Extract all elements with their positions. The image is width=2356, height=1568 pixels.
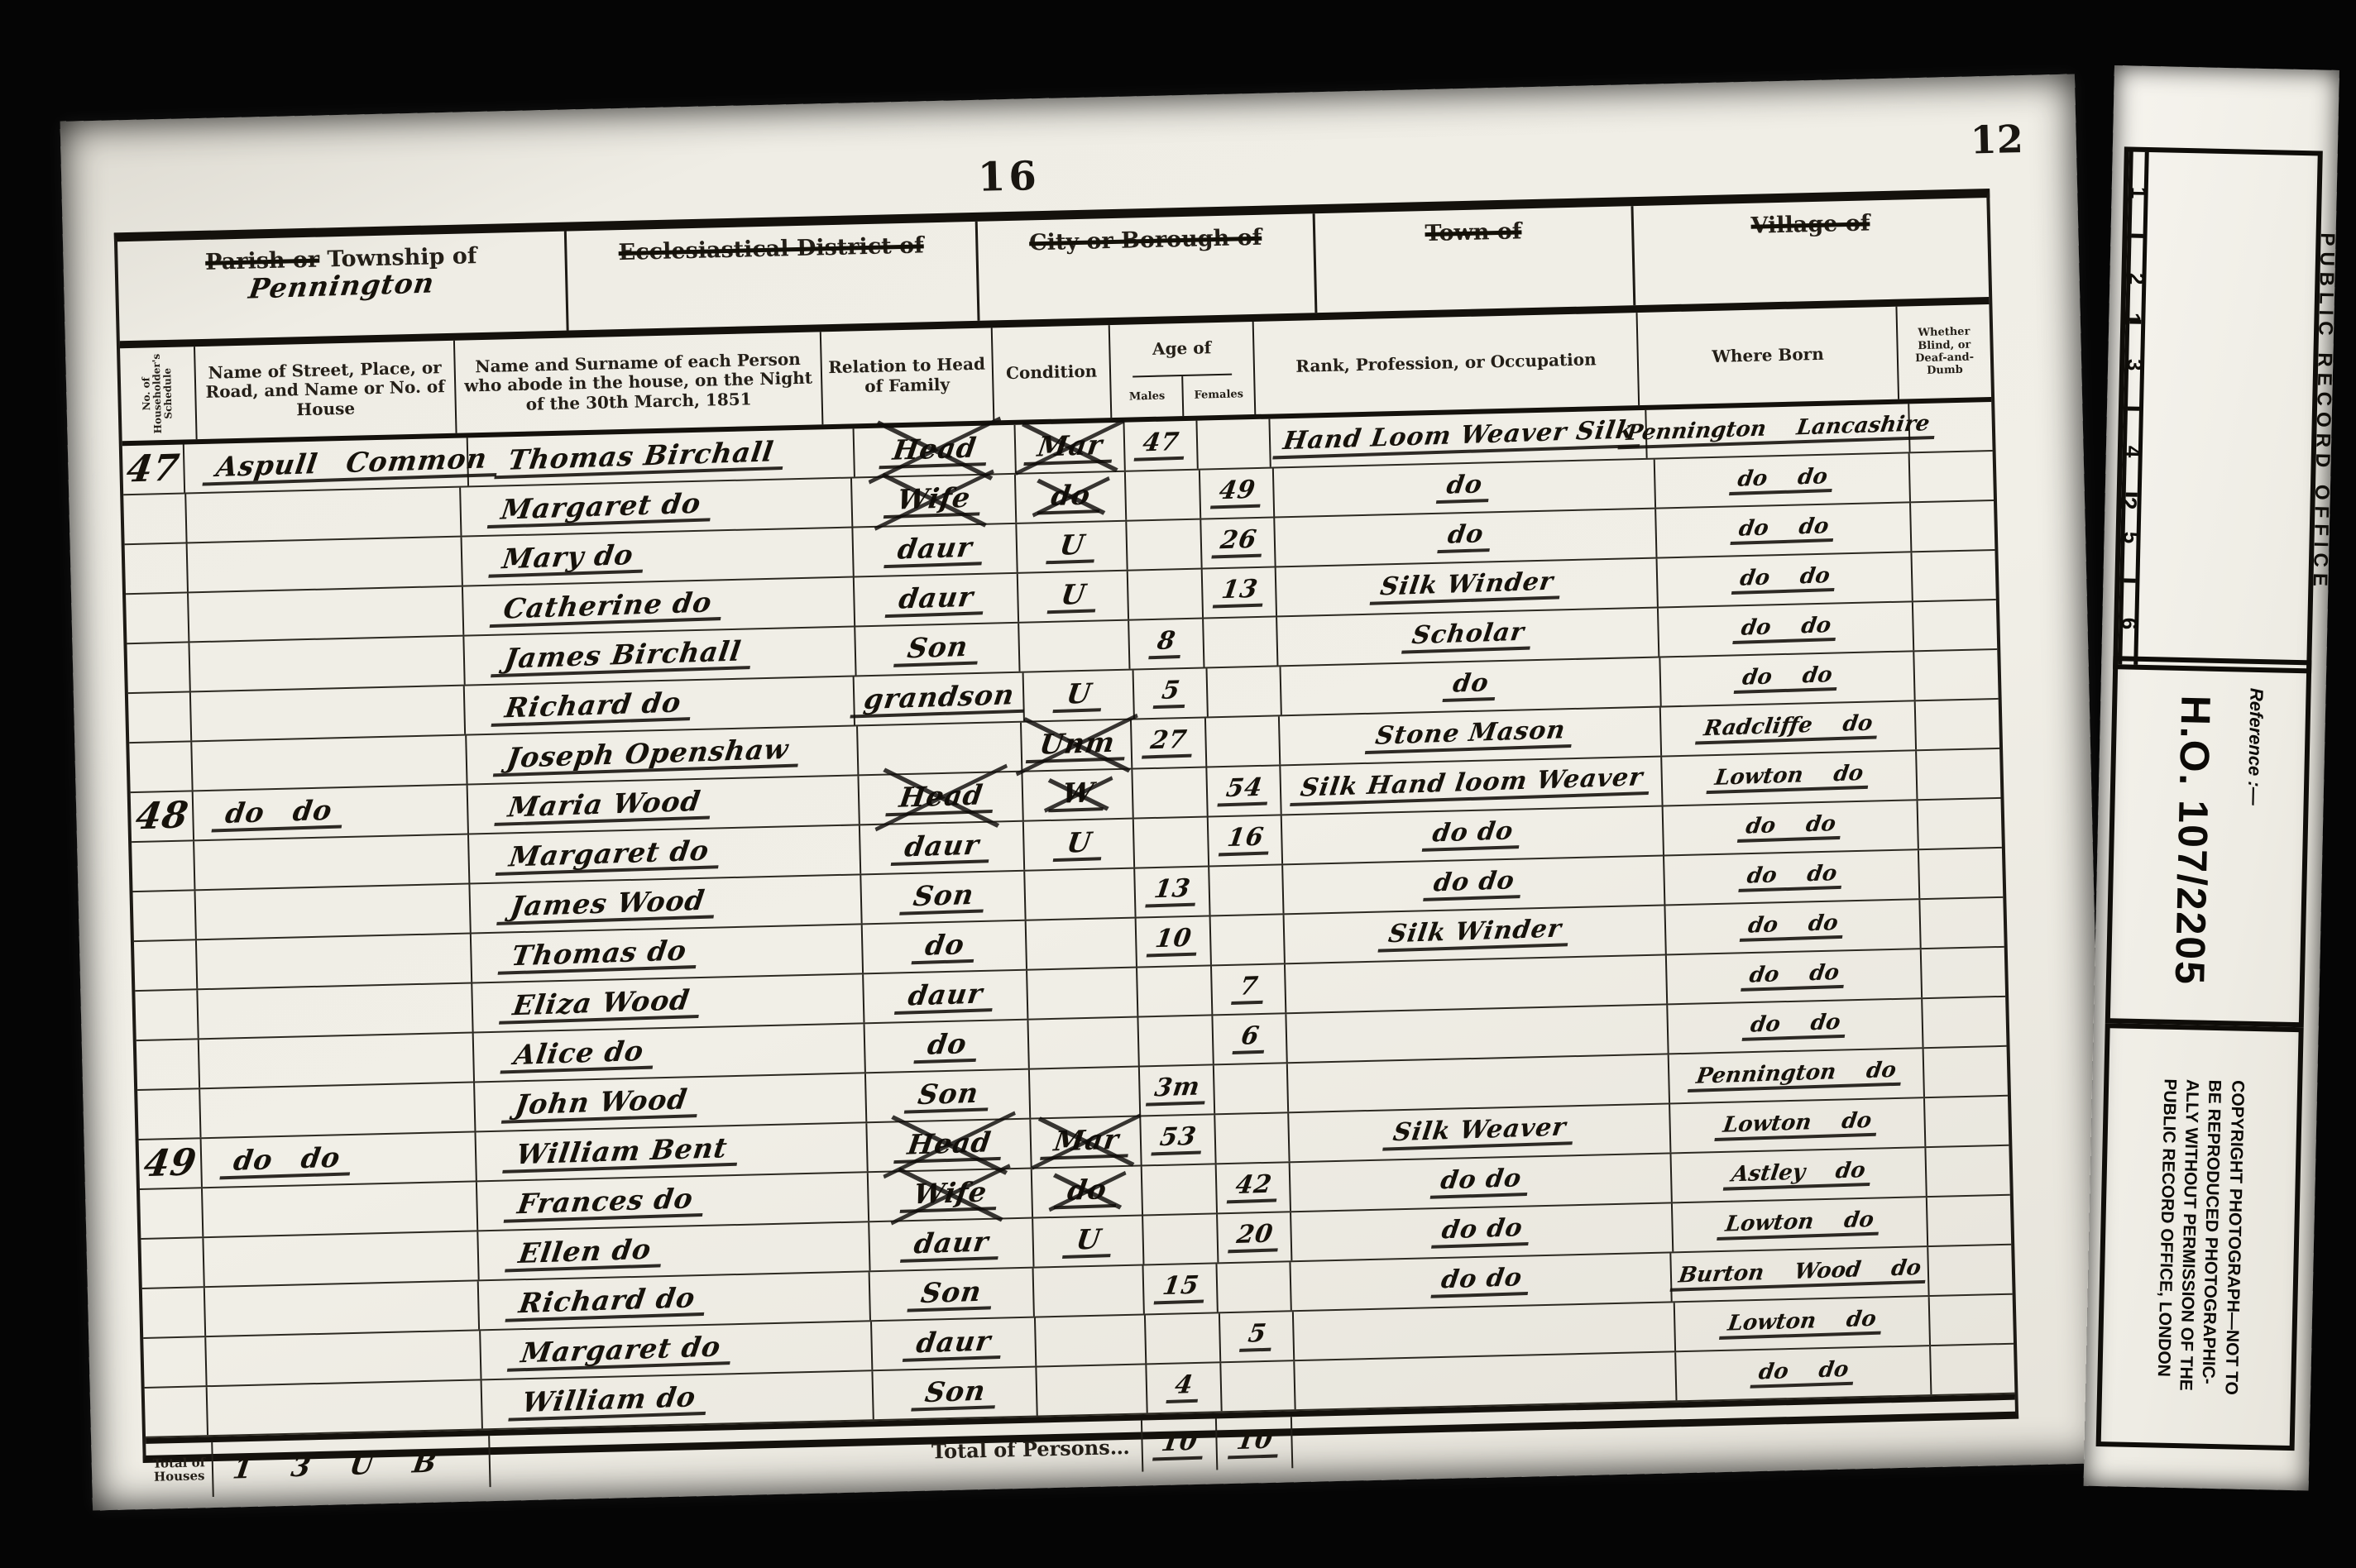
page-number-corner: 12: [1970, 117, 2023, 162]
cell-relation: do: [863, 921, 1028, 973]
cell-relation: Son: [855, 624, 1021, 676]
cell-where-born: do do: [1655, 453, 1911, 507]
cell-age-female-value: 6: [1232, 1024, 1267, 1054]
ruler-scale-cell: 3: [2128, 324, 2142, 410]
cell-age-female: [1218, 1262, 1293, 1312]
cell-disability: [1931, 1345, 2015, 1394]
cell-relation-value: do: [913, 1029, 980, 1064]
cell-person-name-value: Margaret do: [496, 836, 723, 876]
cell-street: [193, 736, 468, 791]
column-header-name: Name and Surname of each Person who abod…: [455, 332, 823, 433]
cell-occupation: Silk Weaver: [1289, 1104, 1671, 1161]
column-header-born: Where Born: [1638, 307, 1900, 405]
cell-schedule-number: [136, 1040, 201, 1089]
cell-age-male-value: 13: [1145, 876, 1199, 907]
cell-where-born-value: Lowton do: [1707, 762, 1872, 794]
cell-age-female: 6: [1213, 1014, 1288, 1064]
cell-occupation-value: Stone Mason: [1365, 718, 1576, 754]
cell-age-male: 10: [1137, 916, 1212, 966]
cell-disability: [1926, 1146, 2010, 1196]
cell-schedule-number: [129, 742, 194, 791]
cell-relation: daur: [872, 1318, 1037, 1370]
cell-street: [203, 1182, 478, 1236]
header-field-label: City or Borough of: [978, 223, 1313, 257]
census-form: Parish or Township ofPenningtonEcclesias…: [114, 189, 2018, 1463]
cell-where-born-value: do do: [1729, 466, 1836, 495]
ruler-inch-number: 1: [2119, 312, 2145, 325]
cell-schedule-number: [127, 643, 191, 692]
cell-person-name: James Birchall: [464, 627, 856, 684]
total-persons-males: 10: [1142, 1418, 1219, 1471]
cell-street: [190, 637, 466, 691]
ruler-scale-number: 3: [2122, 359, 2148, 371]
cell-where-born-value: Pennington do: [1688, 1059, 1904, 1092]
cell-schedule-number: 48: [131, 791, 195, 841]
cell-where-born-value: Lowton do: [1717, 1209, 1882, 1241]
cell-person-name: Richard do: [479, 1272, 870, 1329]
column-header-age: Age of Males Females: [1110, 322, 1256, 418]
cell-occupation: [1286, 955, 1668, 1012]
cell-age-female: [1206, 716, 1281, 766]
cell-relation-value: Son: [907, 1277, 996, 1312]
cell-where-born: do do: [1659, 602, 1914, 656]
header-field-struck-text: City or Borough of: [1029, 225, 1262, 256]
cell-person-name: Margaret do: [461, 478, 853, 535]
cell-condition: U: [1024, 820, 1135, 870]
cell-age-male: [1137, 966, 1213, 1016]
ruler-scale-cell: 2: [2129, 238, 2143, 324]
cell-disability: [1909, 452, 1994, 501]
cell-age-female-value: 42: [1226, 1172, 1280, 1203]
cell-person-name-value: James Birchall: [491, 636, 754, 676]
cell-occupation: Silk Winder: [1276, 559, 1659, 616]
cell-person-name-value: James Wood: [496, 886, 718, 925]
cell-condition-value: U: [1053, 828, 1105, 862]
cell-street: [188, 538, 463, 592]
cell-age-male: 53: [1142, 1115, 1217, 1164]
cell-age-female: [1215, 1113, 1291, 1163]
cell-relation-value: daur: [891, 830, 994, 866]
cell-age-female: 7: [1212, 964, 1287, 1014]
cell-age-male-value: 4: [1166, 1373, 1202, 1403]
cell-where-born: Radcliffe do: [1661, 701, 1917, 755]
cell-street: do do: [202, 1132, 477, 1187]
cell-age-male-value: 5: [1152, 678, 1188, 709]
column-header-condition: Condition: [993, 325, 1113, 420]
header-field-struck-text: Town of: [1425, 218, 1522, 246]
cell-condition: [1029, 1018, 1140, 1068]
cell-where-born-value: do do: [1738, 863, 1845, 892]
cell-disability: [1921, 948, 2005, 997]
cell-person-name: Richard do: [464, 676, 855, 734]
cell-disability: [1923, 1047, 2008, 1097]
cell-person-name-value: Maria Wood: [494, 786, 714, 826]
cell-schedule-number: [128, 692, 192, 742]
cell-person-name-value: Alice do: [500, 1036, 657, 1073]
cell-where-born: do do: [1664, 850, 1920, 904]
cell-disability: [1913, 600, 1997, 650]
cell-street: [191, 686, 466, 741]
cell-street: [199, 983, 474, 1038]
cell-relation-value: Head: [893, 1127, 1004, 1163]
cell-street: [206, 1331, 481, 1385]
cell-schedule-number-value: 47: [124, 450, 182, 488]
cell-where-born-value: do do: [1750, 1359, 1856, 1389]
cell-relation-value: daur: [900, 1226, 1003, 1262]
header-field: Parish or Township ofPennington: [117, 232, 568, 342]
cell-schedule-number: [140, 1188, 204, 1238]
cell-condition-value: do: [1054, 1174, 1121, 1209]
cell-relation: Wife: [869, 1169, 1034, 1221]
age-males-label: Males: [1112, 376, 1185, 418]
cell-age-male-value: 53: [1152, 1124, 1205, 1155]
cell-condition: [1037, 1365, 1148, 1415]
total-persons-label: Total of Persons…: [490, 1421, 1143, 1488]
cell-occupation-value: do: [1443, 671, 1499, 702]
cell-where-born-value: do do: [1737, 813, 1844, 843]
cell-occupation: Scholar: [1277, 609, 1659, 666]
cell-age-female-value: 26: [1211, 527, 1265, 558]
cell-street-value: Aspull Common: [203, 443, 501, 485]
cell-where-born: do do: [1661, 652, 1916, 705]
header-field-label: Village of: [1634, 208, 1988, 241]
cell-schedule-number: [133, 891, 198, 940]
cell-street: [197, 934, 472, 988]
cell-person-name: Margaret do: [469, 825, 861, 882]
cell-schedule-number: [135, 990, 199, 1040]
cell-age-male: [1128, 520, 1203, 570]
cell-relation: Head: [859, 772, 1024, 825]
cell-occupation: do do: [1291, 1203, 1674, 1260]
cell-disability: [1912, 551, 1996, 600]
cell-disability: [1911, 501, 1995, 551]
cell-occupation: do: [1274, 460, 1656, 517]
cell-occupation: do do: [1282, 807, 1664, 864]
cell-occupation: [1288, 1054, 1670, 1111]
cell-street: [200, 1083, 476, 1137]
cell-occupation: do: [1275, 509, 1657, 566]
cell-schedule-number: [125, 543, 189, 593]
cell-person-name-value: William Bent: [502, 1133, 740, 1173]
cell-age-male: 4: [1147, 1363, 1223, 1413]
cell-person-name-value: Mary do: [488, 540, 647, 577]
cell-age-male-value: 8: [1148, 629, 1184, 659]
cell-where-born: do do: [1665, 900, 1921, 954]
cell-person-name: Ellen do: [478, 1222, 870, 1279]
cell-occupation: [1295, 1352, 1677, 1409]
cell-where-born: do do: [1668, 999, 1923, 1053]
cell-schedule-number: [123, 494, 188, 543]
pro-reference-strip: 12 123456 PUBLIC RECORD OFFICE Reference…: [2084, 65, 2339, 1491]
cell-where-born-value: do do: [1730, 515, 1836, 545]
cell-age-male: 13: [1136, 867, 1211, 916]
cell-age-male: [1139, 1016, 1214, 1065]
cell-where-born-value: do do: [1741, 962, 1847, 992]
cell-age-female-value: 5: [1238, 1322, 1274, 1352]
cell-disability: [1923, 997, 2007, 1047]
cell-relation: Son: [869, 1269, 1035, 1321]
cell-person-name-value: Ellen do: [505, 1235, 665, 1272]
cell-occupation: Hand Loom Weaver Silk: [1270, 410, 1647, 467]
cell-person-name-value: Joseph Openshaw: [493, 734, 802, 777]
header-field-label: Ecclesiastical District of: [567, 232, 976, 267]
ruler-scale-cell: 4: [2126, 410, 2140, 496]
header-field-struck-text: Ecclesiastical District of: [618, 232, 924, 265]
cell-occupation-value: do: [1436, 472, 1492, 504]
cell-age-female: [1210, 915, 1286, 964]
cell-condition-value: U: [1047, 580, 1099, 614]
cell-occupation: [1294, 1303, 1676, 1360]
cell-condition-value: U: [1062, 1225, 1114, 1259]
cell-where-born: Lowton do: [1670, 1098, 1926, 1152]
cell-occupation-value: Hand Loom Weaver Silk: [1272, 418, 1644, 459]
cell-age-male: [1146, 1313, 1221, 1363]
age-of-label: Age of: [1132, 323, 1233, 378]
pro-copyright-box: COPYRIGHT PHOTOGRAPH—NOT TOBE REPRODUCED…: [2096, 1023, 2304, 1451]
cell-where-born-value: do do: [1739, 912, 1846, 942]
cell-person-name: William do: [482, 1371, 874, 1428]
ruler-scale-number: 2: [2124, 273, 2149, 285]
cell-person-name-value: Margaret do: [487, 489, 715, 528]
cell-schedule-number: 47: [122, 444, 186, 494]
ruler-scale-cell: 1: [2131, 152, 2145, 238]
cell-age-male-value: 10: [1147, 925, 1200, 957]
column-header-schedule: No. of Householder's Schedule: [120, 347, 197, 441]
cell-disability: [1927, 1196, 2011, 1245]
reference-label: Reference :—: [2243, 688, 2267, 821]
cell-age-female: 54: [1207, 766, 1282, 815]
cell-age-female-value: 16: [1218, 825, 1271, 856]
cell-where-born: do do: [1656, 503, 1912, 557]
cell-person-name: William Bent: [476, 1123, 869, 1180]
cell-relation: daur: [860, 822, 1026, 874]
cell-condition: Unm: [1022, 720, 1133, 771]
cell-person-name-value: Thomas Birchall: [494, 437, 787, 478]
cell-schedule-number: [143, 1337, 208, 1387]
cell-street-value: do do: [220, 1143, 354, 1179]
cell-age-female: [1197, 419, 1271, 469]
cell-relation-value: Son: [903, 1078, 992, 1113]
cell-relation: daur: [855, 574, 1020, 626]
cell-condition: [1027, 968, 1138, 1019]
cell-condition: U: [1018, 522, 1128, 572]
ruler-scale-cell: 6: [2122, 582, 2136, 664]
cell-street: [199, 1033, 475, 1088]
cell-age-female: 26: [1201, 518, 1276, 567]
cell-person-name: Frances do: [477, 1173, 869, 1230]
copyright-notice: COPYRIGHT PHOTOGRAPH—NOT TOBE REPRODUCED…: [2150, 1078, 2249, 1395]
cell-occupation-value: do: [1437, 522, 1493, 553]
cell-schedule-number: [145, 1387, 209, 1437]
total-persons-females: 10: [1217, 1417, 1293, 1470]
cell-age-male: 47: [1124, 421, 1199, 471]
cell-schedule-number-value: 48: [133, 797, 191, 835]
cell-relation-value: grandson: [850, 680, 1027, 718]
cell-street: [189, 587, 464, 642]
cell-age-male: [1144, 1214, 1219, 1264]
cell-where-born-value: Radcliffe do: [1695, 712, 1880, 744]
cell-person-name: Margaret do: [481, 1322, 873, 1379]
cell-condition-value: Mar: [1040, 1125, 1133, 1160]
cell-where-born-value: Astley do: [1723, 1159, 1874, 1191]
cell-age-female-value: 13: [1212, 576, 1266, 608]
age-females-label: Females: [1183, 375, 1254, 416]
cell-disability: [1920, 898, 2004, 948]
cell-where-born: do do: [1657, 552, 1913, 606]
cell-condition: U: [1024, 671, 1135, 721]
cell-occupation-value: do do: [1423, 868, 1525, 901]
cell-condition-value: Unm: [1025, 728, 1128, 763]
cell-condition: do: [1032, 1166, 1143, 1217]
header-field: Village of: [1633, 198, 1989, 305]
cell-relation-value: daur: [903, 1326, 1005, 1361]
header-field: Ecclesiastical District of: [566, 222, 979, 331]
census-rows: 47Aspull CommonThomas BirchallHeadMar47H…: [122, 402, 2015, 1438]
cell-condition-value: Mar: [1023, 430, 1116, 466]
cell-relation-value: Son: [911, 1376, 999, 1411]
cell-relation-value: do: [911, 930, 978, 964]
cell-disability: [1918, 799, 2002, 849]
cell-relation: do: [864, 1021, 1030, 1073]
cell-relation: grandson: [855, 673, 1026, 725]
cell-person-name: Catherine do: [463, 577, 855, 634]
cell-person-name-value: William do: [508, 1382, 709, 1421]
cell-occupation-value: Silk Winder: [1370, 569, 1563, 605]
cell-age-female: 5: [1220, 1312, 1295, 1361]
cell-schedule-number: 49: [139, 1139, 204, 1188]
cell-age-male: [1133, 767, 1209, 817]
column-header-disability: Whether Blind, or Deaf-and-Dumb: [1898, 304, 1991, 399]
cell-relation-value: daur: [885, 582, 988, 618]
cell-occupation: do do: [1291, 1154, 1673, 1211]
column-header-relation: Relation to Head of Family: [821, 327, 995, 424]
cell-where-born-value: do do: [1732, 614, 1839, 644]
census-page: 16 12 Parish or Township ofPenningtonEcc…: [60, 74, 2108, 1511]
cell-relation: daur: [864, 971, 1029, 1023]
header-field-label: Town of: [1315, 216, 1632, 249]
cell-street: [196, 885, 472, 939]
cell-where-born-value: Pennington Lancashire: [1617, 413, 1937, 449]
cell-condition-value: W: [1048, 778, 1108, 812]
reference-value: H.O. 107/2205: [2165, 667, 2220, 1015]
cell-street: [186, 488, 462, 543]
cell-disability: [1925, 1097, 2009, 1146]
header-field-struck-text: Village of: [1750, 210, 1870, 238]
cell-schedule-number-value: 49: [141, 1145, 199, 1183]
cell-person-name-value: John Wood: [501, 1084, 701, 1123]
cell-where-born-value: do do: [1731, 565, 1837, 595]
cell-where-born-value: Lowton do: [1719, 1308, 1884, 1340]
cell-occupation: Silk Winder: [1285, 906, 1667, 963]
cell-relation-value: daur: [894, 979, 997, 1015]
cell-age-female: 20: [1218, 1212, 1293, 1262]
cell-disability: [1929, 1295, 2014, 1345]
cell-where-born: Burton Wood do: [1672, 1247, 1930, 1301]
cell-relation-value: Wife: [883, 483, 984, 519]
cell-age-male: [1126, 471, 1201, 520]
cell-where-born: Pennington Lancashire: [1646, 404, 1911, 457]
cell-condition: U: [1034, 1216, 1145, 1266]
ruler-scale-number: 6: [2116, 617, 2142, 629]
cell-schedule-number: [137, 1089, 202, 1139]
cell-condition: [1036, 1315, 1147, 1365]
pro-office-title: PUBLIC RECORD OFFICE: [2138, 152, 2356, 672]
cell-condition: [1033, 1265, 1144, 1316]
header-field: Town of: [1314, 206, 1635, 313]
cell-relation: Son: [861, 872, 1027, 924]
cell-street: [205, 1281, 481, 1336]
cell-occupation-value: Silk Winder: [1377, 916, 1571, 953]
cell-where-born: Pennington do: [1669, 1049, 1924, 1102]
cell-condition: [1020, 621, 1131, 672]
cell-street: [194, 835, 470, 890]
cell-age-male-value: 47: [1133, 430, 1187, 461]
cell-age-male: [1134, 817, 1209, 867]
cell-age-female-value: 54: [1217, 775, 1271, 806]
cell-age-female: [1209, 865, 1285, 915]
ruler-inch-number: 2: [2114, 497, 2141, 510]
cell-age-female-value: 49: [1209, 478, 1263, 509]
cell-disability: [1928, 1245, 2013, 1295]
cell-schedule-number: [132, 841, 196, 891]
cell-where-born: do do: [1667, 949, 1923, 1003]
cell-schedule-number: [141, 1238, 205, 1288]
cell-where-born-value: do do: [1741, 1011, 1848, 1041]
cell-where-born: Lowton do: [1673, 1198, 1928, 1251]
cell-relation-value: daur: [883, 533, 986, 568]
cell-condition: Mar: [1016, 423, 1126, 473]
cell-person-name: Alice do: [474, 1024, 866, 1081]
cell-relation: daur: [853, 524, 1018, 576]
cell-condition: U: [1018, 571, 1129, 622]
cell-person-name-value: Richard do: [491, 688, 694, 727]
cell-person-name-value: Margaret do: [507, 1331, 735, 1371]
cell-age-female: [1204, 617, 1279, 667]
cell-where-born: Lowton do: [1675, 1297, 1931, 1350]
cell-occupation-value: Scholar: [1401, 619, 1535, 653]
cell-person-name-value: Thomas do: [498, 935, 701, 974]
cell-person-name: Joseph Openshaw: [467, 726, 859, 783]
cell-age-male: [1142, 1164, 1218, 1214]
cell-age-male: 3m: [1140, 1065, 1215, 1115]
cell-condition: Mar: [1032, 1116, 1142, 1167]
cell-relation-value: Wife: [900, 1177, 1001, 1212]
total-houses-value: 1 3 U B: [213, 1436, 491, 1494]
census-film-scan: { "film": { "page_number_top": "16", "pa…: [0, 0, 2356, 1568]
cell-age-male-value: 3m: [1146, 1074, 1209, 1106]
cell-street: [204, 1231, 480, 1286]
cell-relation-value: Head: [879, 433, 990, 468]
header-field: City or Borough of: [978, 213, 1317, 321]
cell-occupation-value: do do: [1429, 1166, 1531, 1199]
cell-condition-value: U: [1052, 679, 1104, 713]
cell-age-female: 13: [1202, 567, 1277, 617]
column-header-occupation: Rank, Profession, or Occupation: [1254, 313, 1640, 414]
cell-person-name: John Wood: [475, 1073, 867, 1131]
cell-disability: [1917, 749, 2001, 799]
cell-person-name-value: Catherine do: [490, 587, 725, 627]
cell-occupation: do: [1281, 658, 1662, 715]
cell-age-male: 8: [1130, 619, 1205, 669]
cell-occupation: Stone Mason: [1280, 708, 1662, 765]
cell-disability: [1914, 650, 1998, 700]
cell-age-female: [1221, 1361, 1296, 1411]
cell-age-female-value: 20: [1228, 1221, 1281, 1253]
cell-relation: daur: [869, 1219, 1035, 1271]
cell-where-born-value: Burton Wood do: [1670, 1257, 1929, 1292]
cell-person-name: Eliza Wood: [472, 974, 864, 1031]
cell-condition-value: do: [1037, 480, 1104, 514]
